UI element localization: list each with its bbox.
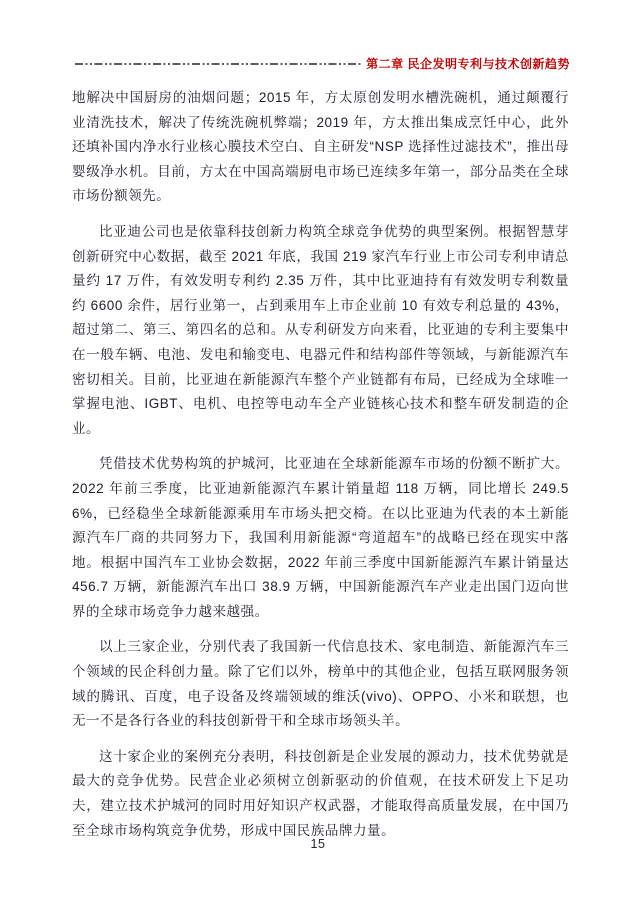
paragraph-byd-market: 凭借技术优势构筑的护城河，比亚迪在全球新能源车市场的份额不断扩大。2022 年前… — [72, 452, 569, 624]
chapter-title: 第二章 民企发明专利与技术创新趋势 — [366, 55, 570, 72]
chapter-header: 第二章 民企发明专利与技术创新趋势 — [75, 54, 570, 72]
paragraph-fangtai-continued: 地解决中国厨房的油烟问题；2015 年，方太原创发明水槽洗碗机，通过颠覆行业清洗… — [72, 86, 569, 209]
page-footer: 15 — [0, 835, 636, 853]
paragraph-byd-patents: 比亚迪公司也是依靠科技创新力构筑全球竞争优势的典型案例。根据智慧芽创新研究中心数… — [72, 220, 569, 441]
header-leader-line — [75, 63, 363, 66]
paragraph-three-companies: 以上三家企业，分别代表了我国新一代信息技术、家电制造、新能源汽车三个领域的民企科… — [72, 635, 569, 733]
document-page: 第二章 民企发明专利与技术创新趋势 地解决中国厨房的油烟问题；2015 年，方太… — [0, 0, 636, 900]
paragraph-conclusion: 这十家企业的案例充分表明，科技创新是企业发展的源动力，技术优势就是最大的竞争优势… — [72, 745, 569, 843]
page-number: 15 — [311, 837, 326, 851]
document-body: 地解决中国厨房的油烟问题；2015 年，方太原创发明水槽洗碗机，通过颠覆行业清洗… — [72, 86, 569, 854]
